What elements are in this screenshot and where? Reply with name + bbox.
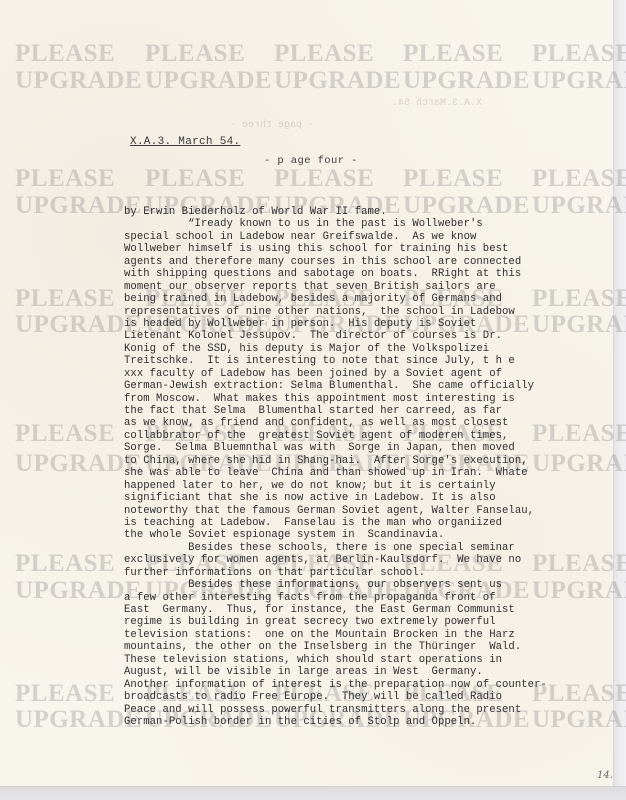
handwritten-page-number: 14. [597,770,613,781]
text-line: Besides these schools, there is one spec… [124,542,614,554]
text-line: xxx faculty of Ladebow has been joined b… [124,368,614,380]
text-line: Lietenant Kolonel Jessupov. The director… [124,330,614,342]
page-label: - p age four - [264,155,358,167]
text-line: to China, where she hid in Shang-hai. Af… [124,455,614,467]
text-line: by Erwin Biederholz of World War II fame… [124,206,614,218]
text-line: is teaching at Ladebow. Fanselau is the … [124,517,614,529]
text-line: the fact that Selma Blumenthal started h… [124,405,614,417]
text-line: German-Jewish extraction: Selma Blumenth… [124,380,614,392]
text-line: collabbrator of the greatest Soviet agen… [124,430,614,442]
text-line: moment our observer reports that seven B… [124,281,614,293]
text-line: the whole Soviet espionage system in Sca… [124,529,614,541]
bleed-through-reference: X.A.3.March 54. [392,98,482,109]
text-line: regime is building in great secrecy two … [124,616,614,628]
text-line: Treitschke. It is interesting to note th… [124,355,614,367]
text-line: happened later to her, we do not know; b… [124,480,614,492]
scan-edge-right [613,0,626,800]
text-line: being trained in Ladebow, besides a majo… [124,293,614,305]
text-line: a few other interesting facts from the p… [124,592,614,604]
text-line: she was able to leave China and than sho… [124,467,614,479]
bleed-through-page-label: - page three - [230,120,314,131]
text-line: German-Polish border in the cities of St… [124,716,614,728]
text-line: East Germany. Thus, for instance, the Ea… [124,604,614,616]
document-body: by Erwin Biederholz of World War II fame… [124,206,614,728]
text-line: Another information of interest is the p… [124,679,614,691]
text-line: agents and therefore many courses in thi… [124,256,614,268]
text-line: Wollweber himself is using this school f… [124,243,614,255]
text-line: television stations: one on the Mountain… [124,629,614,641]
text-line: Sorge. Selma Bluemnthal was with Sorge i… [124,442,614,454]
text-line: These television stations, which should … [124,654,614,666]
text-line: “Iready known to us in the past is Wollw… [124,218,614,230]
text-line: August, will be visible in large areas i… [124,666,614,678]
text-line: Besides these informations, our observer… [124,579,614,591]
text-line: mountains, the other on the Inselsberg i… [124,641,614,653]
text-line: as we know, as friend and confident, as … [124,417,614,429]
text-line: special school in Ladebow near Greifswal… [124,231,614,243]
text-line: representatives of nine other nations, t… [124,306,614,318]
text-line: from Moscow. What makes this appointment… [124,393,614,405]
document-reference: X.A.3. March 54. [130,136,240,148]
text-line: with shipping questions and sabotage on … [124,268,614,280]
text-line: exclusively for women agents, at Berlin-… [124,554,614,566]
text-line: significiant that she is now active in L… [124,492,614,504]
scan-edge-bottom [0,786,626,800]
text-line: Peace and will possess powerful transmit… [124,704,614,716]
text-line: further informations on that particular … [124,567,614,579]
text-line: noteworthy that the famous German Soviet… [124,505,614,517]
text-line: broadcasts to radio Free Europe. They wi… [124,691,614,703]
text-line: is headed by Wollweber in person. His de… [124,318,614,330]
text-line: Konig of the SSD, his deputy is Major of… [124,343,614,355]
